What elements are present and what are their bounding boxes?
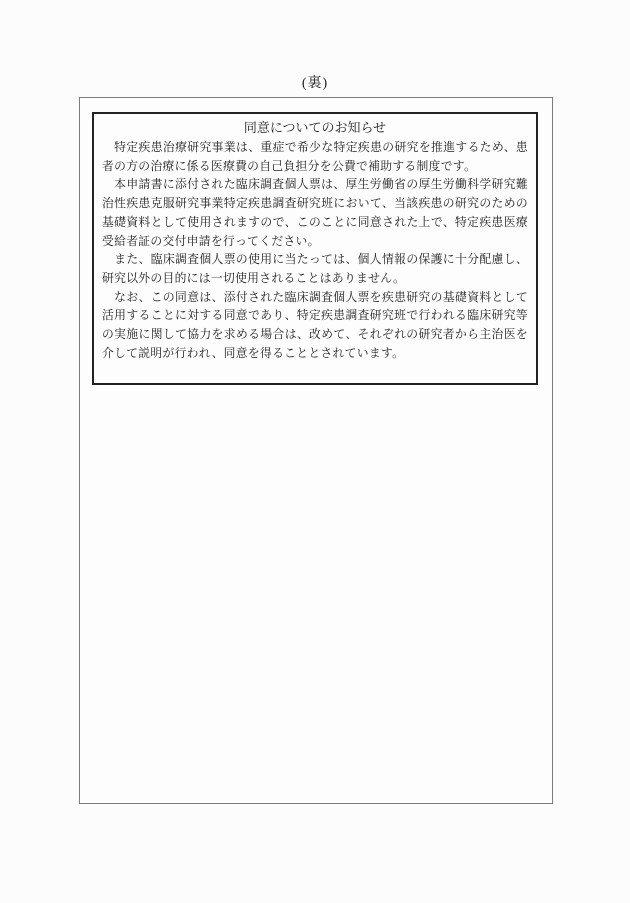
outer-frame: 同意についてのお知らせ 特定疾患治療研究事業は、重症で希少な特定疾患の研究を推進… xyxy=(79,97,553,804)
document-page: { "page": { "side_label": "(裏)", "notice… xyxy=(0,0,630,903)
notice-body: 特定疾患治療研究事業は、重症で希少な特定疾患の研究を推進するため、患者の方の治療… xyxy=(102,138,528,362)
notice-paragraph-scope-of-consent: なお、この同意は、添付された臨床調査個人票を疾患研究の基礎資料として活用すること… xyxy=(102,288,528,363)
consent-notice-box: 同意についてのお知らせ 特定疾患治療研究事業は、重症で希少な特定疾患の研究を推進… xyxy=(92,112,538,385)
notice-title: 同意についてのお知らせ xyxy=(102,118,528,137)
notice-paragraph-clinical-survey-use: 本申請書に添付された臨床調査個人票は、厚生労働省の厚生労働科学研究難治性疾患克服… xyxy=(102,175,528,250)
page-side-label: (裏) xyxy=(0,72,630,92)
notice-paragraph-privacy: また、臨床調査個人票の使用に当たっては、個人情報の保護に十分配慮し、研究以外の目… xyxy=(102,250,528,287)
notice-paragraph-program-overview: 特定疾患治療研究事業は、重症で希少な特定疾患の研究を推進するため、患者の方の治療… xyxy=(102,138,528,175)
